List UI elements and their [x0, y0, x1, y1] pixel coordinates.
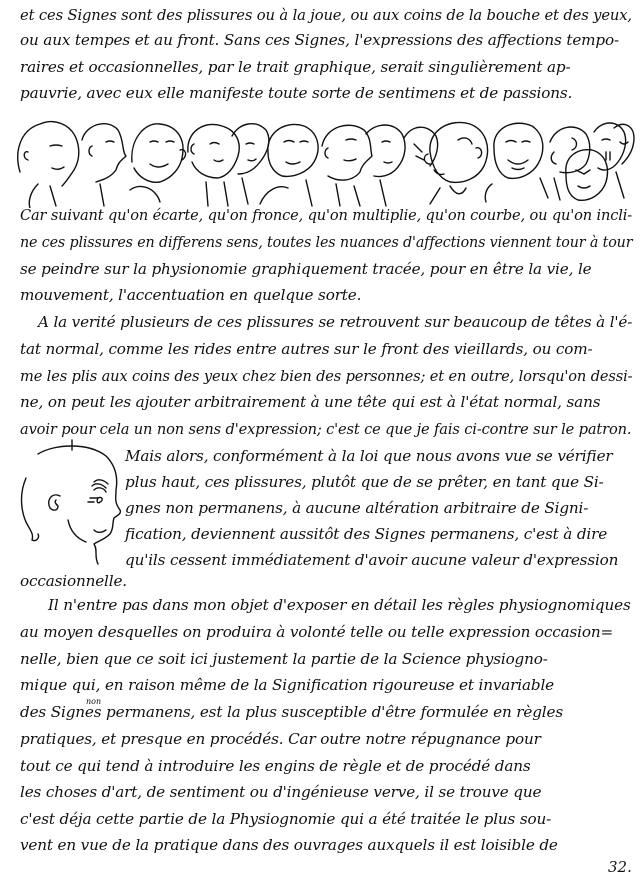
- face-sketch-icon: [424, 122, 487, 204]
- text-line: A la verité plusieurs de ces plissures s…: [38, 315, 632, 330]
- text-line: mique qui, en raison même de la Signific…: [20, 678, 554, 693]
- text-line: ne ces plissures en differens sens, tout…: [20, 235, 632, 250]
- face-sketch-icon: [130, 124, 186, 202]
- face-sketch-icon: [232, 124, 269, 204]
- face-sketch-icon: [82, 124, 126, 206]
- face-sketch-icon: [404, 127, 438, 166]
- face-sketch-icon: [366, 125, 405, 206]
- text-line: se peindre sur la physionomie graphiquem…: [20, 262, 592, 277]
- text-line: les choses d'art, de sentiment ou d'ingé…: [20, 785, 541, 800]
- text-line: des Signes permanens, est la plus suscep…: [20, 705, 563, 720]
- text-line: tat normal, comme les rides entre autres…: [20, 342, 592, 357]
- text-line: avoir pour cela un non sens d'expression…: [20, 422, 631, 437]
- face-sketch-icon: [322, 125, 372, 206]
- text-line: tout ce qui tend à introduire les engins…: [20, 759, 531, 774]
- text-line: occasionnelle.: [20, 574, 127, 589]
- face-sketch-icon: [594, 123, 626, 170]
- text-line: raires et occasionnelles, par le trait g…: [20, 60, 571, 75]
- text-line: mouvement, l'accentuation en quelque sor…: [20, 288, 361, 303]
- face-sketch-icon: [18, 122, 79, 208]
- superscript-insertion: non: [86, 697, 101, 706]
- text-line: me les plis aux coins des yeux chez bien…: [20, 369, 632, 384]
- face-sketch-icon: [188, 124, 239, 206]
- text-line: plus haut, ces plissures, plutôt que de …: [125, 475, 604, 490]
- page-number: 32.: [608, 858, 632, 876]
- text-line: pauvrie, avec eux elle manifeste toute s…: [20, 86, 572, 101]
- text-line: ne, on peut les ajouter arbitrairement à…: [20, 395, 600, 410]
- faces-frieze-illustration: [10, 112, 635, 208]
- text-line: qu'ils cessent immédiatement d'avoir auc…: [125, 553, 618, 568]
- text-line: au moyen desquelles on produira à volont…: [20, 625, 613, 640]
- face-sketch-icon: [566, 150, 608, 201]
- text-line: vent en vue de la pratique dans des ouvr…: [20, 838, 558, 853]
- text-line: ou aux tempes et au front. Sans ces Sign…: [20, 33, 619, 48]
- text-line: fication, deviennent aussitôt des Signes…: [125, 527, 607, 542]
- text-line: nelle, bien que ce soit ici justement la…: [20, 652, 548, 667]
- face-sketch-icon: [485, 123, 548, 202]
- face-sketch-icon: [550, 127, 590, 200]
- text-line: pratiques, et presque en procédés. Car o…: [20, 732, 541, 747]
- text-line: gnes non permanens, à aucune altération …: [125, 501, 588, 516]
- text-line: Car suivant qu'on écarte, qu'on fronce, …: [20, 208, 632, 223]
- text-line: Il n'entre pas dans mon objet d'exposer …: [48, 598, 631, 613]
- text-line: c'est déja cette partie de la Physiognom…: [20, 812, 551, 827]
- text-line: et ces Signes sont des plissures ou à la…: [20, 8, 632, 23]
- text-line: Mais alors, conformément à la loi que no…: [125, 449, 613, 464]
- face-sketch-icon: [614, 124, 634, 198]
- profile-head-illustration: [10, 438, 122, 566]
